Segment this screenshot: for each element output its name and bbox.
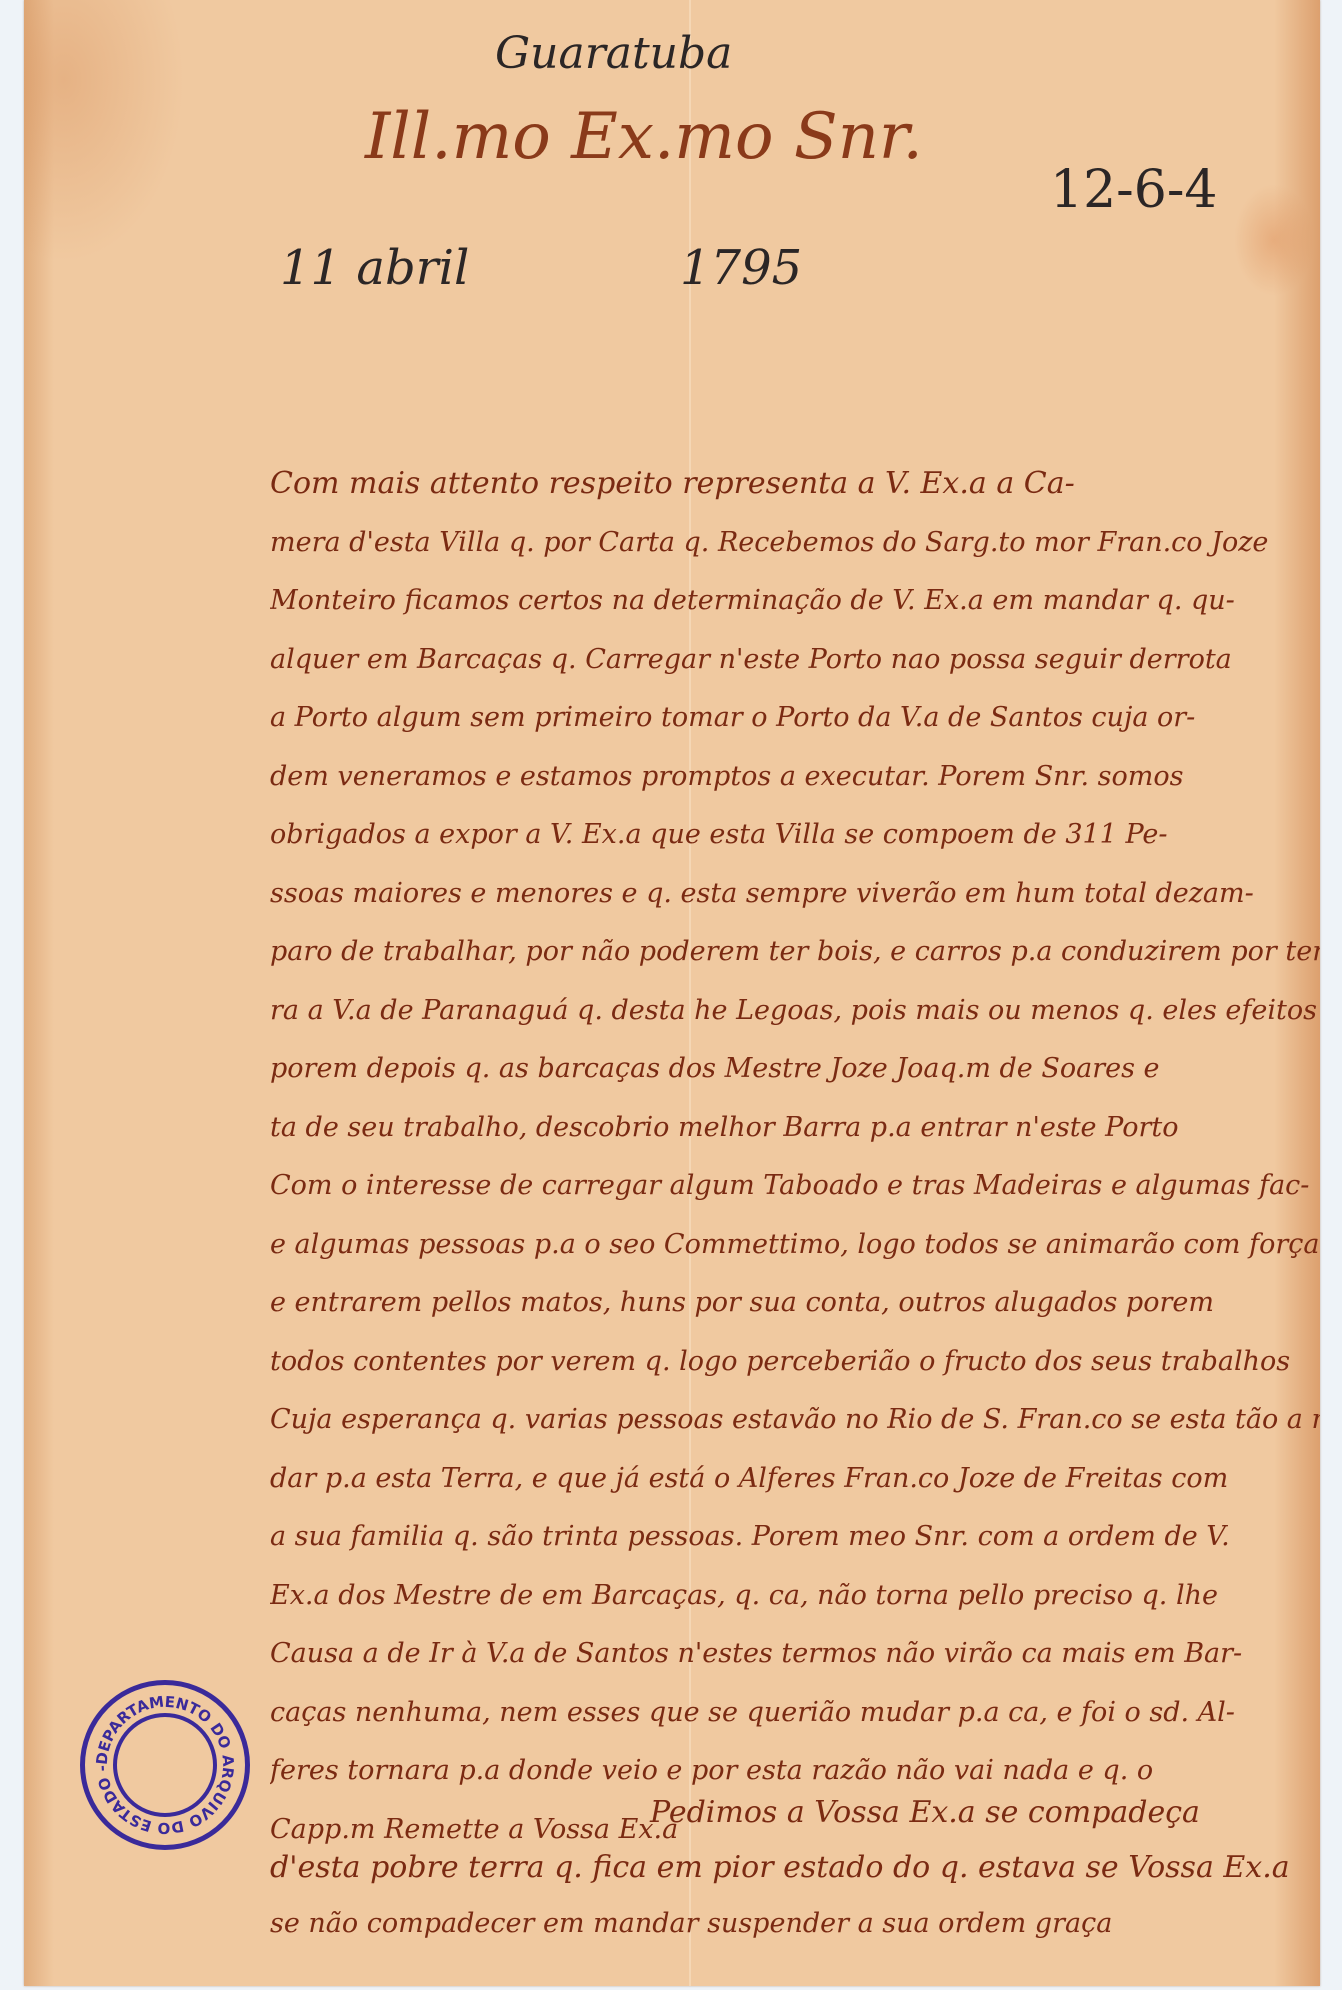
- body-line: mera d'esta Villa q. por Carta q. Recebe…: [270, 514, 1320, 573]
- archive-reference: 12-6-4: [1050, 160, 1217, 220]
- body-line: Causa a de Ir à V.a de Santos n'estes te…: [270, 1625, 1320, 1684]
- body-line: Ex.a dos Mestre de em Barcaças, q. ca, n…: [270, 1567, 1320, 1626]
- body-line: ta de seu trabalho, descobrio melhor Bar…: [270, 1099, 1320, 1158]
- body-line: e entrarem pellos matos, huns por sua co…: [270, 1274, 1320, 1333]
- date-year: 1795: [680, 240, 802, 296]
- body-line: dem veneramos e estamos promptos a execu…: [270, 748, 1320, 807]
- body-line: ra a V.a de Paranaguá q. desta he Legoas…: [270, 982, 1320, 1041]
- body-line: dar p.a esta Terra, e que já está o Alfe…: [270, 1450, 1320, 1509]
- stamp-text-ring-icon: DEPARTAMENTO DO ARQUIVO DO ESTADO - S. P…: [80, 1680, 250, 1850]
- closing-text: d'esta pobre terra q. fica em pior estad…: [270, 1840, 1320, 1952]
- closing-heading: Pedimos a Vossa Ex.a se compadeça: [650, 1795, 1200, 1830]
- body-line: Com mais attento respeito representa a V…: [270, 455, 1320, 514]
- date-day-month: 11 abril: [280, 240, 469, 296]
- letter-body: Com mais attento respeito representa a V…: [270, 455, 1320, 1859]
- body-line: Com o interesse de carregar algum Taboad…: [270, 1157, 1320, 1216]
- place-heading: Guaratuba: [495, 28, 732, 79]
- body-line: todos contentes por verem q. logo perceb…: [270, 1333, 1320, 1392]
- body-line: porem depois q. as barcaças dos Mestre J…: [270, 1040, 1320, 1099]
- body-line: Cuja esperança q. varias pessoas estavão…: [270, 1391, 1320, 1450]
- salutation: Ill.mo Ex.mo Snr.: [365, 100, 923, 174]
- archive-stamp: DEPARTAMENTO DO ARQUIVO DO ESTADO - S. P…: [80, 1680, 250, 1850]
- closing-line: d'esta pobre terra q. fica em pior estad…: [270, 1840, 1320, 1896]
- body-line: paro de trabalhar, por não poderem ter b…: [270, 923, 1320, 982]
- svg-text:DEPARTAMENTO DO ARQUIVO DO EST: DEPARTAMENTO DO ARQUIVO DO ESTADO - S. P…: [80, 1680, 237, 1837]
- closing-line: se não compadecer em mandar suspender a …: [270, 1896, 1320, 1952]
- body-line: alquer em Barcaças q. Carregar n'este Po…: [270, 631, 1320, 690]
- body-line: feres tornara p.a donde veio e por esta …: [270, 1742, 1320, 1801]
- body-line: obrigados a expor a V. Ex.a que esta Vil…: [270, 806, 1320, 865]
- body-line: a Porto algum sem primeiro tomar o Porto…: [270, 689, 1320, 748]
- body-line: Monteiro ficamos certos na determinação …: [270, 572, 1320, 631]
- body-line: a sua familia q. são trinta pessoas. Por…: [270, 1508, 1320, 1567]
- body-line: e algumas pessoas p.a o seo Commettimo, …: [270, 1216, 1320, 1275]
- body-line: ssoas maiores e menores e q. esta sempre…: [270, 865, 1320, 924]
- body-line: caças nenhuma, nem esses que se querião …: [270, 1684, 1320, 1743]
